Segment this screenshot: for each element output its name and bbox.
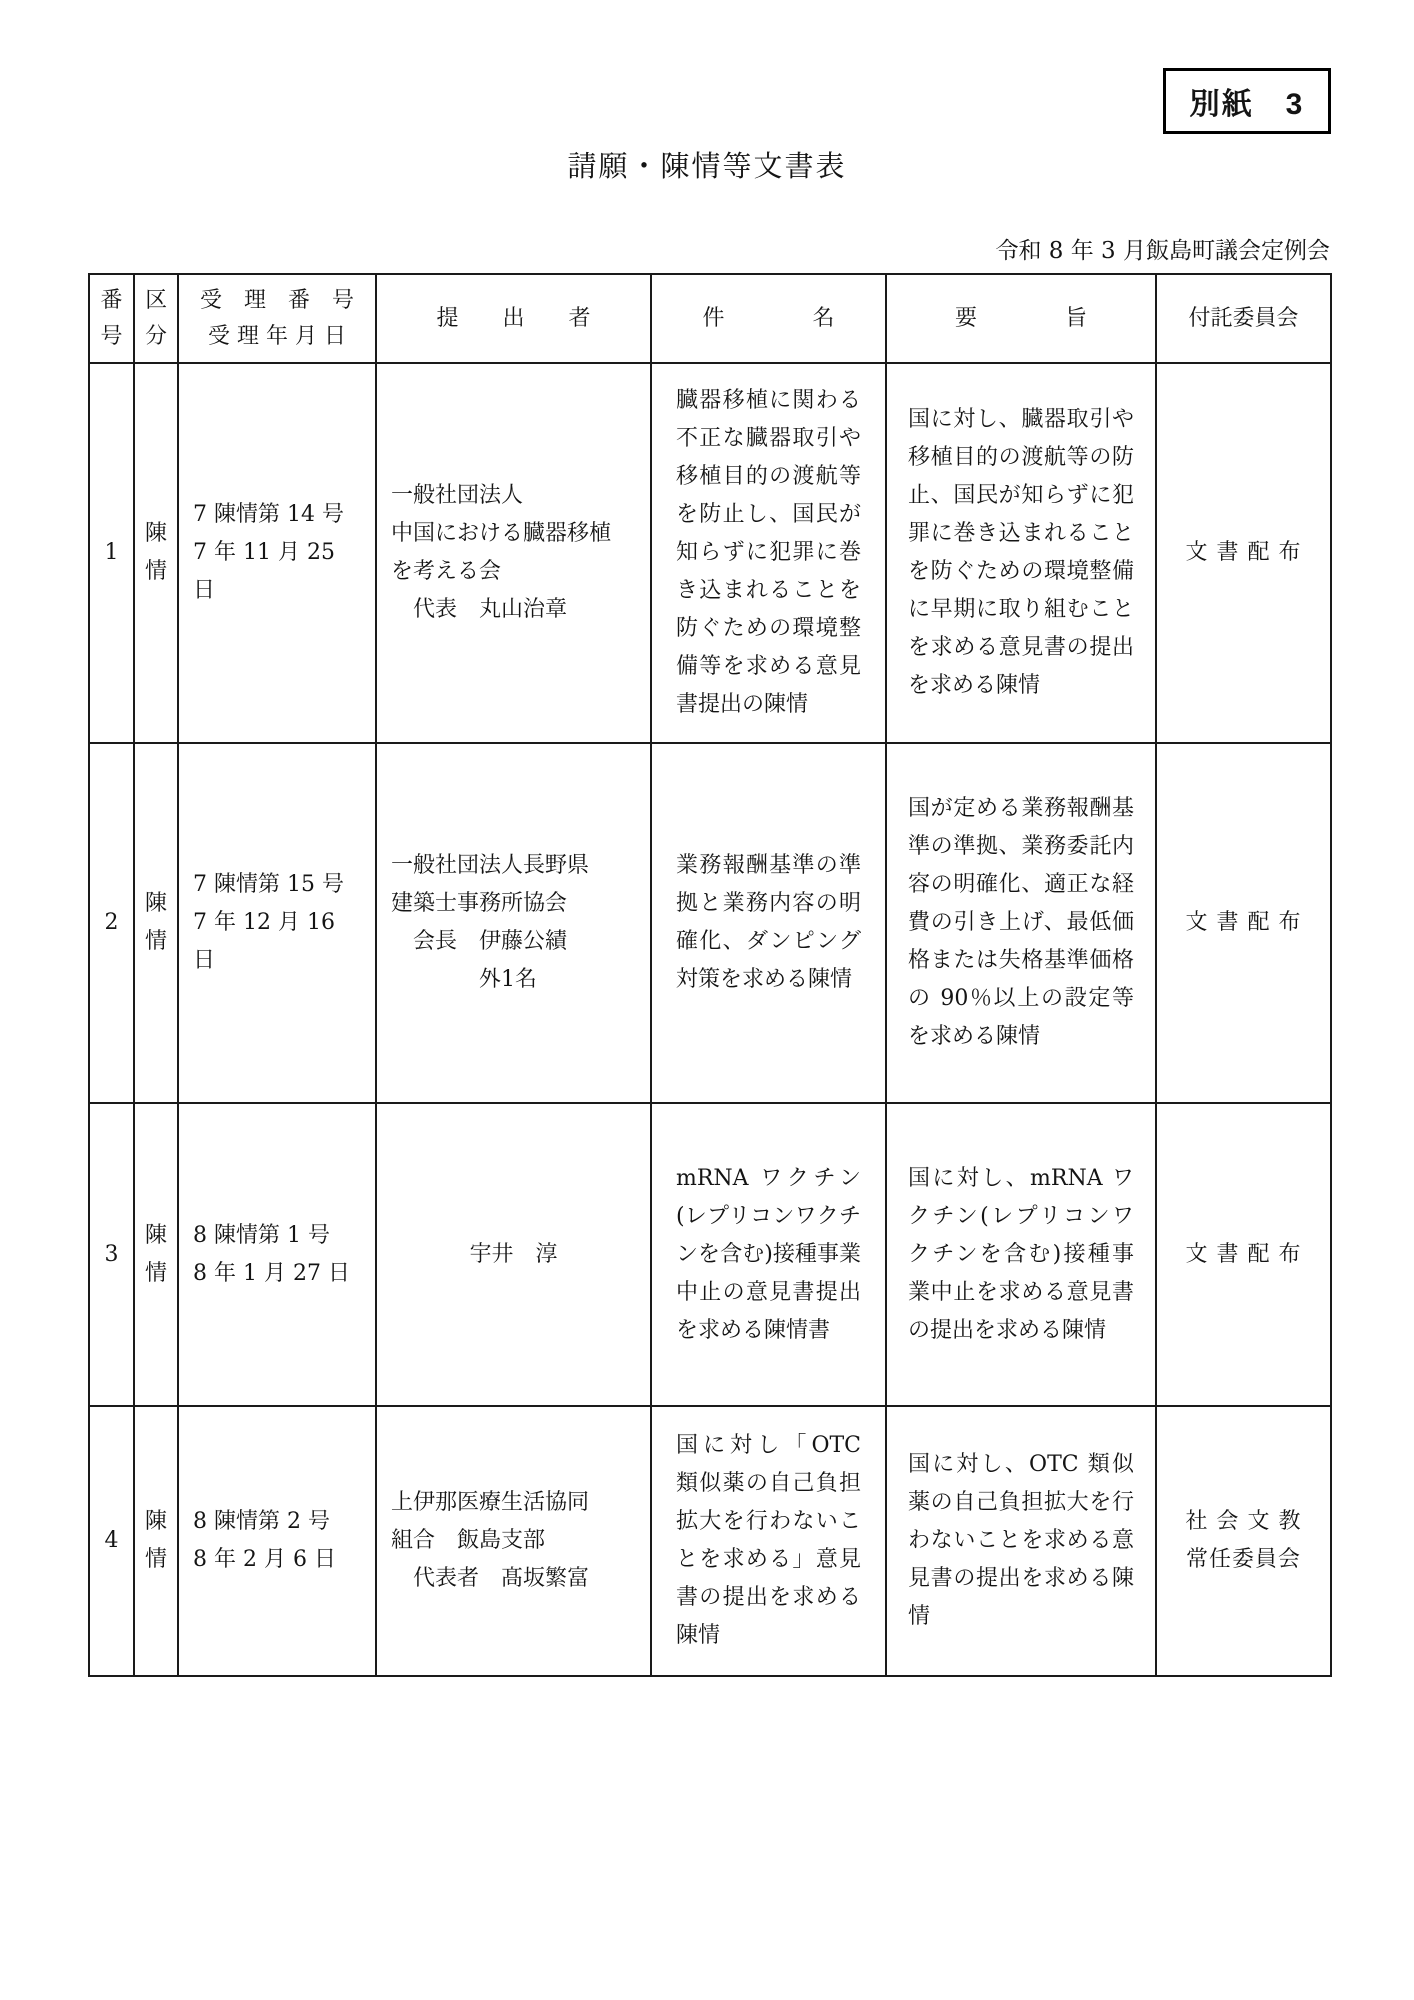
header-row: 番号 区分 受 理 番 号 受 理 年 月 日 提 出 者 件 名 要 旨 付託… [89,274,1331,363]
table-row: 3 陳情 8 陳情第 1 号 8 年 1 月 27 日 宇井 淳 mRNA ワク… [89,1103,1331,1406]
cell-subject: 業務報酬基準の準拠と業務内容の明確化、ダンピング対策を求める陳情 [651,743,886,1103]
cell-committee: 文 書 配 布 [1156,743,1331,1103]
header-committee: 付託委員会 [1156,274,1331,363]
document-page: 別紙 3 請願・陳情等文書表 令和 8 年 3 月飯島町議会定例会 番号 区分 … [0,0,1414,2000]
cell-summary: 国が定める業務報酬基準の準拠、業務委託内容の明確化、適正な経費の引き上げ、最低価… [886,743,1156,1103]
cell-committee: 社 会 文 教 常任委員会 [1156,1406,1331,1676]
header-submitter: 提 出 者 [376,274,651,363]
cell-committee: 文 書 配 布 [1156,363,1331,743]
cell-no: 2 [89,743,134,1103]
cell-committee: 文 書 配 布 [1156,1103,1331,1406]
header-category: 区分 [134,274,178,363]
cell-receipt: 8 陳情第 1 号 8 年 1 月 27 日 [178,1103,376,1406]
cell-category: 陳情 [134,1103,178,1406]
cell-category: 陳情 [134,743,178,1103]
cell-subject: 国に対し「OTC 類似薬の自己負担拡大を行わないことを求める」意見書の提出を求め… [651,1406,886,1676]
petition-table: 番号 区分 受 理 番 号 受 理 年 月 日 提 出 者 件 名 要 旨 付託… [88,273,1332,1677]
table-header: 番号 区分 受 理 番 号 受 理 年 月 日 提 出 者 件 名 要 旨 付託… [89,274,1331,363]
cell-category: 陳情 [134,1406,178,1676]
cell-receipt: 8 陳情第 2 号 8 年 2 月 6 日 [178,1406,376,1676]
header-summary: 要 旨 [886,274,1156,363]
cell-no: 3 [89,1103,134,1406]
cell-summary: 国に対し、臓器取引や移植目的の渡航等の防止、国民が知らずに犯罪に巻き込まれること… [886,363,1156,743]
cell-receipt: 7 陳情第 15 号 7 年 12 月 16 日 [178,743,376,1103]
attachment-tag-box: 別紙 3 [1163,68,1331,134]
cell-submitter: 一般社団法人長野県 建築士事務所協会 会長 伊藤公績 外1名 [376,743,651,1103]
header-no: 番号 [89,274,134,363]
session-caption: 令和 8 年 3 月飯島町議会定例会 [88,232,1330,265]
header-receipt: 受 理 番 号 受 理 年 月 日 [178,274,376,363]
cell-no: 1 [89,363,134,743]
table-row: 4 陳情 8 陳情第 2 号 8 年 2 月 6 日 上伊那医療生活協同 組合 … [89,1406,1331,1676]
cell-summary: 国に対し、mRNA ワクチン(レプリコンワクチンを含む)接種事業中止を求める意見… [886,1103,1156,1406]
cell-summary: 国に対し、OTC 類似薬の自己負担拡大を行わないことを求める意見書の提出を求める… [886,1406,1156,1676]
table-row: 1 陳情 7 陳情第 14 号 7 年 11 月 25 日 一般社団法人 中国に… [89,363,1331,743]
header-subject: 件 名 [651,274,886,363]
table-body: 1 陳情 7 陳情第 14 号 7 年 11 月 25 日 一般社団法人 中国に… [89,363,1331,1676]
cell-subject: mRNA ワクチン(レプリコンワクチンを含む)接種事業中止の意見書提出を求める陳… [651,1103,886,1406]
cell-submitter: 上伊那医療生活協同 組合 飯島支部 代表者 髙坂繁富 [376,1406,651,1676]
table-row: 2 陳情 7 陳情第 15 号 7 年 12 月 16 日 一般社団法人長野県 … [89,743,1331,1103]
cell-no: 4 [89,1406,134,1676]
cell-submitter: 宇井 淳 [376,1103,651,1406]
cell-submitter: 一般社団法人 中国における臓器移植 を考える会 代表 丸山治章 [376,363,651,743]
attachment-tag-label: 別紙 3 [1190,79,1305,123]
page-title: 請願・陳情等文書表 [0,144,1414,185]
cell-subject: 臓器移植に関わる不正な臓器取引や移植目的の渡航等を防止し、国民が知らずに犯罪に巻… [651,363,886,743]
cell-receipt: 7 陳情第 14 号 7 年 11 月 25 日 [178,363,376,743]
cell-category: 陳情 [134,363,178,743]
